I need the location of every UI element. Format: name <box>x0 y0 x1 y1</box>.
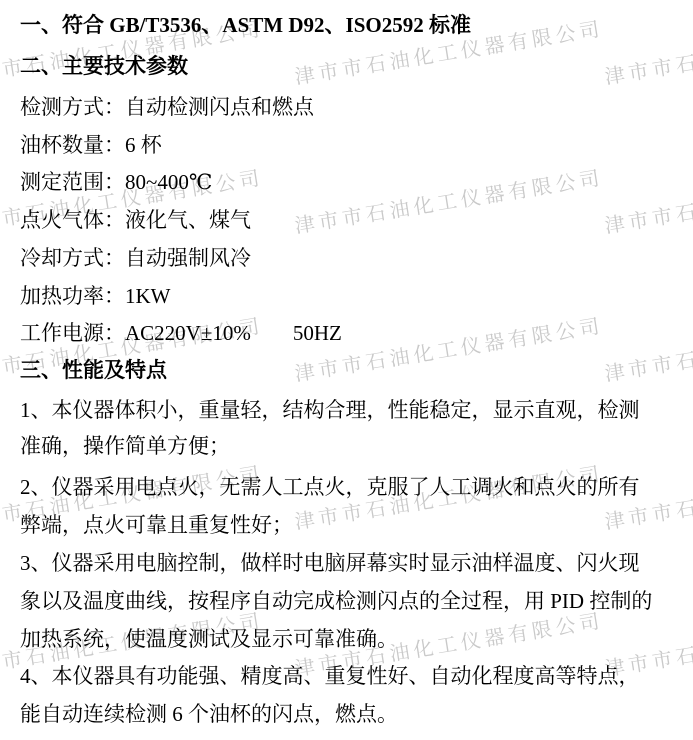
spec-row-ignition-gas: 点火气体：液化气、煤气 <box>20 206 251 234</box>
spec-colon: ： <box>104 133 125 157</box>
spec-colon: ： <box>104 246 125 270</box>
spec-row-power-supply: 工作电源：AC220V±10% 50HZ <box>20 319 342 347</box>
feature-3-line-2: 象以及温度曲线，按程序自动完成检测闪点的全过程，用 PID 控制的 <box>20 587 652 615</box>
spec-row-cooling-mode: 冷却方式：自动强制风冷 <box>20 244 251 272</box>
feature-2-line-1: 2、仪器采用电点火，无需人工点火，克服了人工调火和点火的所有 <box>20 473 640 501</box>
feature-2-line-2: 弊端，点火可靠且重复性好； <box>20 511 293 539</box>
spec-value: 自动检测闪点和燃点 <box>125 95 314 119</box>
feature-3-line-3: 加热系统，使温度测试及显示可靠准确。 <box>20 625 398 653</box>
document-page: 津市市石油化工仪器有限公司 津市市石油化工仪器有限公司 津市市石油化工仪器有限公… <box>0 0 693 740</box>
spec-label: 工作电源 <box>20 321 104 345</box>
spec-label: 油杯数量 <box>20 133 104 157</box>
spec-label: 加热功率 <box>20 284 104 308</box>
spec-label: 点火气体 <box>20 208 104 232</box>
spec-colon: ： <box>104 321 125 345</box>
spec-row-detection-mode: 检测方式：自动检测闪点和燃点 <box>20 93 314 121</box>
spec-colon: ： <box>104 95 125 119</box>
spec-value: 1KW <box>125 284 171 308</box>
feature-3-line-1: 3、仪器采用电脑控制，做样时电脑屏幕实时显示油样温度、闪火现 <box>20 549 640 577</box>
section-heading-performance: 三、性能及特点 <box>20 356 167 384</box>
spec-value: AC220V±10% 50HZ <box>125 321 342 345</box>
feature-1-line-2: 准确，操作简单方便； <box>20 432 230 460</box>
spec-value: 自动强制风冷 <box>125 246 251 270</box>
spec-value: 液化气、煤气 <box>125 208 251 232</box>
feature-4-line-2: 能自动连续检测 6 个油杯的闪点，燃点。 <box>20 700 398 728</box>
feature-1-line-1: 1、本仪器体积小，重量轻，结构合理，性能稳定，显示直观，检测 <box>20 396 640 424</box>
spec-label: 检测方式 <box>20 95 104 119</box>
spec-row-measure-range: 测定范围：80~400℃ <box>20 168 212 196</box>
spec-colon: ： <box>104 208 125 232</box>
section-heading-tech-params: 二、主要技术参数 <box>20 52 188 80</box>
spec-row-cup-count: 油杯数量：6 杯 <box>20 131 162 159</box>
spec-label: 冷却方式 <box>20 246 104 270</box>
spec-colon: ： <box>104 170 125 194</box>
section-heading-standards: 一、符合 GB/T3536、ASTM D92、ISO2592 标准 <box>20 11 471 39</box>
spec-value: 6 杯 <box>125 133 162 157</box>
spec-colon: ： <box>104 284 125 308</box>
feature-4-line-1: 4、本仪器具有功能强、精度高、重复性好、自动化程度高等特点， <box>20 662 640 690</box>
spec-label: 测定范围 <box>20 170 104 194</box>
spec-row-heating-power: 加热功率：1KW <box>20 282 171 310</box>
spec-value: 80~400℃ <box>125 170 212 194</box>
document-content: 一、符合 GB/T3536、ASTM D92、ISO2592 标准 二、主要技术… <box>0 0 693 740</box>
